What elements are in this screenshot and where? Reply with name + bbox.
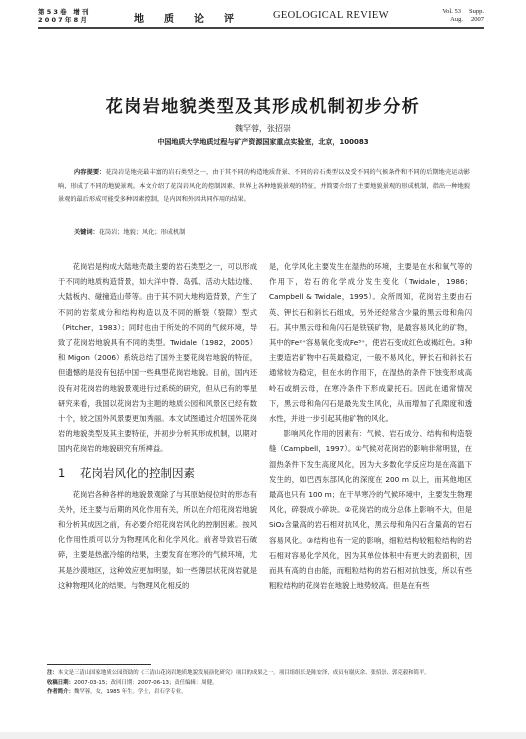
article-title: 花岗岩地貌类型及其形成机制初步分析 (0, 92, 526, 117)
journal-page: 第53卷 增刊 2007年8月 地质论评 GEOLOGICAL REVIEW V… (0, 0, 526, 739)
header-rule (38, 27, 484, 29)
header-issue-info: Vol. 53Supp. Aug.2007 (434, 8, 484, 24)
article-authors: 魏罕蓉，张招崇 (0, 123, 526, 134)
footnote-author-text: 魏罕蓉，女，1985 年生。学士，岩石学专业。 (74, 689, 186, 695)
header-volume-info: 第53卷 增刊 2007年8月 (38, 8, 91, 24)
weathering-factors-paragraph: 影响风化作用的因素有：气候、岩石成分、结构和构造裂缝（Campbell，1997… (269, 426, 472, 593)
section-title: 花岗岩风化的控制因素 (80, 466, 195, 480)
page-bottom-margin (0, 732, 526, 739)
intro-paragraph: 花岗岩是构成大陆地壳最主要的岩石类型之一，可以形成于不同的地质构造背景，如大洋中… (58, 259, 257, 457)
footnote-received: 收稿日期：2007-03-15；改回日期：2007-06-13；责任编辑：周健。 (47, 679, 477, 689)
header-supp-en: Supp. (469, 8, 484, 15)
article-affiliation: 中国地质大学地质过程与矿产资源国家重点实验室，北京，100083 (0, 137, 526, 147)
footnote-received-label: 收稿日期： (47, 680, 74, 686)
header-date-line: 2007年8月 (38, 16, 91, 24)
keywords-label: 关键词： (74, 229, 99, 236)
footnote-note-text: 本文是三清山国家地质公园资助的《三清山花岗岩地质地貌发展演化研究》项目的成果之一… (58, 670, 430, 676)
section1-paragraph: 花岗岩各种各样的地貌景观除了与其原始侵位时的形态有关外，还主要与后期的风化作用有… (58, 487, 257, 593)
footnote-received-text: 2007-03-15；改回日期：2007-06-13；责任编辑：周健。 (74, 680, 218, 686)
footnote-note-label: 注： (47, 670, 58, 676)
running-header: 第53卷 增刊 2007年8月 地质论评 GEOLOGICAL REVIEW V… (38, 8, 484, 24)
abstract: 内容提要：花岗岩是地壳最丰富的岩石类型之一，由于其不同的构造地质背景、不同的岩石… (58, 166, 470, 207)
footnote-note: 注：本文是三清山国家地质公园资助的《三清山花岗岩地质地貌发展演化研究》项目的成果… (47, 669, 477, 679)
keywords-text: 花岗岩；地貌；风化；形成机制 (99, 229, 186, 236)
body-column-left: 花岗岩是构成大陆地壳最主要的岩石类型之一，可以形成于不同的地质构造背景，如大洋中… (58, 259, 257, 593)
journal-name-en: GEOLOGICAL REVIEW (273, 10, 389, 21)
header-volume-line: 第53卷 增刊 (38, 8, 91, 16)
keywords: 关键词：花岗岩；地貌；风化；形成机制 (74, 227, 185, 236)
footnote-rule (47, 664, 151, 665)
footnote: 注：本文是三清山国家地质公园资助的《三清山花岗岩地质地貌发展演化研究》项目的成果… (47, 669, 477, 698)
body-column-right: 是，化学风化主要发生在湿热的环境，主要是在水和氧气等的作用下，岩石的化学成分发生… (269, 259, 472, 593)
abstract-label: 内容提要： (74, 169, 105, 176)
section-number: 1 (58, 463, 80, 483)
header-month-en: Aug. (450, 16, 463, 23)
footnote-author: 作者简介：魏罕蓉，女，1985 年生。学士，岩石学专业。 (47, 688, 477, 698)
abstract-text: 花岗岩是地壳最丰富的岩石类型之一，由于其不同的构造地质背景、不同的岩石类型以及受… (58, 169, 470, 203)
continued-paragraph: 是，化学风化主要发生在湿热的环境，主要是在水和氧气等的作用下，岩石的化学成分发生… (269, 259, 472, 426)
journal-name-cn: 地质论评 (134, 10, 254, 25)
header-vol-en: Vol. 53 (442, 8, 461, 15)
section-heading-1: 1花岗岩风化的控制因素 (58, 463, 257, 483)
footnote-author-label: 作者简介： (47, 689, 74, 695)
header-year-en: 2007 (471, 16, 484, 23)
